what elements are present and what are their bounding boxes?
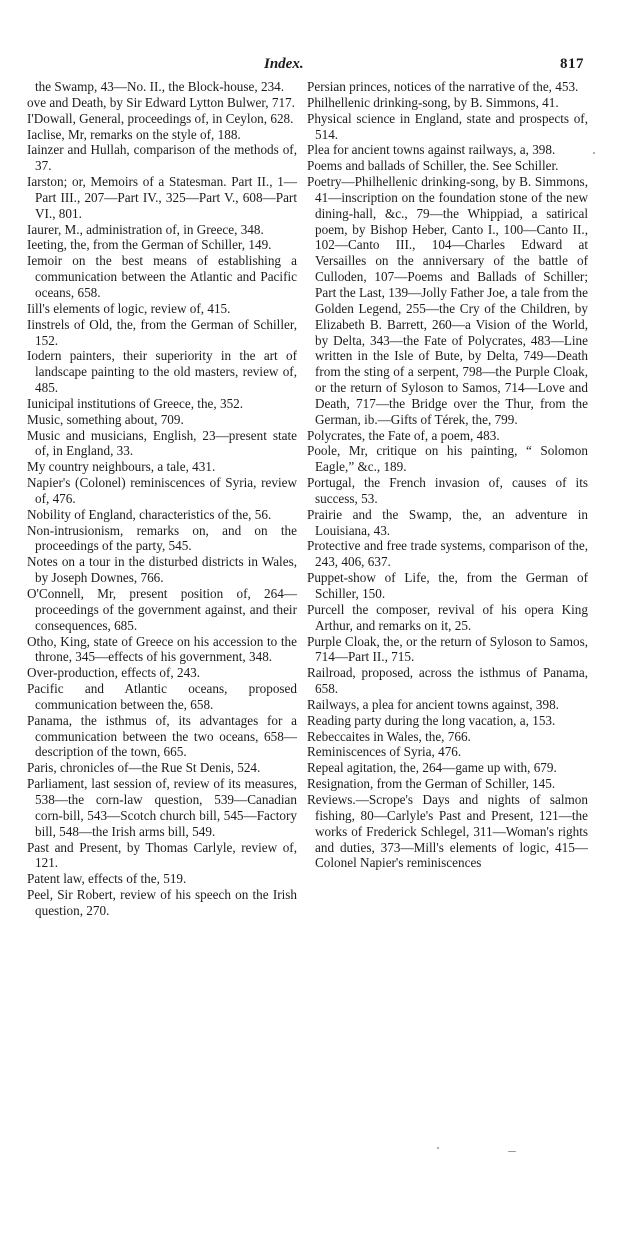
index-entry: Iainzer and Hullah, comparison of the me… [27,142,297,174]
index-entry: Peel, Sir Robert, review of his speech o… [27,887,297,919]
paper-speck [508,1151,516,1152]
index-entry: Poetry—Philhellenic drinking-song, by B.… [307,174,588,428]
index-entry: Iill's elements of logic, review of, 415… [27,301,297,317]
index-entry: My country neighbours, a tale, 431. [27,459,297,475]
index-entry: Repeal agitation, the, 264—game up with,… [307,760,588,776]
paper-speck [437,1147,439,1149]
index-entry: Patent law, effects of the, 519. [27,871,297,887]
index-entry: Pacific and Atlantic oceans, proposed co… [27,681,297,713]
index-entry: Protective and free trade systems, compa… [307,538,588,570]
index-entry: Notes on a tour in the disturbed distric… [27,554,297,586]
index-entry: Ieeting, the, from the German of Schille… [27,237,297,253]
index-entry: Persian princes, notices of the narrativ… [307,79,588,95]
index-entry: Music and musicians, English, 23—present… [27,428,297,460]
index-entry: Nobility of England, characteristics of … [27,507,297,523]
index-entry: Iemoir on the best means of establishing… [27,253,297,301]
index-entry: Railways, a plea for ancient towns again… [307,697,588,713]
paper-speck [593,152,595,154]
index-entry: Physical science in England, state and p… [307,111,588,143]
index-entry: Non-intrusionism, remarks on, and on the… [27,523,297,555]
index-entry: Over-production, effects of, 243. [27,665,297,681]
index-column-right: Persian princes, notices of the narrativ… [307,79,588,871]
index-entry: ove and Death, by Sir Edward Lytton Bulw… [27,95,297,111]
index-entry: Otho, King, state of Greece on his acces… [27,634,297,666]
index-entry: Past and Present, by Thomas Carlyle, rev… [27,840,297,872]
index-entry: Philhellenic drinking-song, by B. Simmon… [307,95,588,111]
index-entry: Reminiscences of Syria, 476. [307,744,588,760]
index-entry: Polycrates, the Fate of, a poem, 483. [307,428,588,444]
index-entry: Plea for ancient towns against railways,… [307,142,588,158]
index-entry: I'Dowall, General, proceedings of, in Ce… [27,111,297,127]
index-entry: Prairie and the Swamp, the, an adventure… [307,507,588,539]
index-entry: Portugal, the French invasion of, causes… [307,475,588,507]
index-entry: Reading party during the long vacation, … [307,713,588,729]
index-entry: Iunicipal institutions of Greece, the, 3… [27,396,297,412]
index-entry: Purcell the composer, revival of his ope… [307,602,588,634]
index-entry: Rebeccaites in Wales, the, 766. [307,729,588,745]
index-entry: Purple Cloak, the, or the return of Sylo… [307,634,588,666]
index-entry: Iaurer, M., administration of, in Greece… [27,222,297,238]
index-entry: Iinstrels of Old, the, from the German o… [27,317,297,349]
index-entry-continuation: the Swamp, 43—No. II., the Block-house, … [27,79,297,95]
index-entry: Paris, chronicles of—the Rue St Denis, 5… [27,760,297,776]
index-column-left: the Swamp, 43—No. II., the Block-house, … [27,79,297,919]
index-entry: O'Connell, Mr, present position of, 264—… [27,586,297,634]
page-number: 817 [560,56,584,73]
index-entry: Iaclise, Mr, remarks on the style of, 18… [27,127,297,143]
index-entry: Resignation, from the German of Schiller… [307,776,588,792]
index-entry: Parliament, last session of, review of i… [27,776,297,839]
index-entry: Napier's (Colonel) reminiscences of Syri… [27,475,297,507]
page-header: Index. 817 [0,56,620,76]
index-entry: Poole, Mr, critique on his painting, “ S… [307,443,588,475]
index-entry: Railroad, proposed, across the isthmus o… [307,665,588,697]
index-entry: Music, something about, 709. [27,412,297,428]
index-entry: Iarston; or, Memoirs of a Statesman. Par… [27,174,297,222]
index-entry: Iodern painters, their superiority in th… [27,348,297,396]
index-entry: Panama, the isthmus of, its advantages f… [27,713,297,761]
running-title: Index. [264,56,304,73]
index-entry: Poems and ballads of Schiller, the. See … [307,158,588,174]
index-entry: Puppet-show of Life, the, from the Germa… [307,570,588,602]
index-entry: Reviews.—Scrope's Days and nights of sal… [307,792,588,871]
